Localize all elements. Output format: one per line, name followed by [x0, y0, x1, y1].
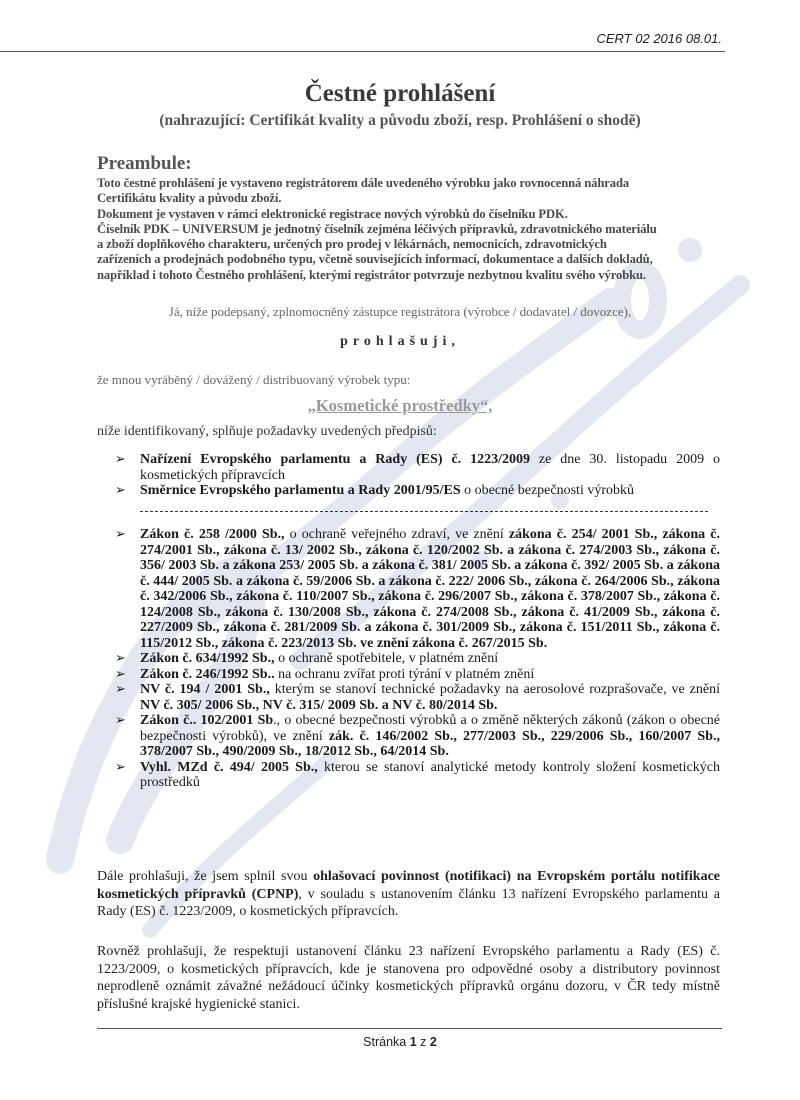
page-number: Stránka 1 z 2 — [0, 1035, 800, 1049]
regulation-title: zákona č. 254/ 2001 Sb., zákona č. 274/2… — [140, 527, 720, 651]
regulation-item: ➢Zákon č. 246/1992 Sb.. na ochranu zvířa… — [115, 667, 720, 683]
preamble-heading: Preambule: — [97, 153, 192, 175]
preamble-line: Toto čestné prohlášení je vystaveno regi… — [97, 176, 717, 191]
page-current: 1 — [410, 1035, 417, 1049]
regulation-item: ➢ Nařízení Evropského parlamentu a Rady … — [115, 452, 720, 483]
regulation-text: na ochranu zvířat proti týrání v platném… — [275, 667, 535, 682]
regulation-title: Zákon č. 634/1992 Sb., — [140, 651, 275, 666]
regulation-item: ➢Vyhl. MZd č. 494/ 2005 Sb., kterou se s… — [115, 760, 720, 791]
preamble-line: Dokument je vystaven v rámci elektronick… — [97, 207, 717, 222]
regulation-title: Zákon č. 258 /2000 Sb., — [140, 527, 285, 542]
regulation-text: o ochraně spotřebitele, v platném znění — [275, 651, 499, 666]
regulation-text: kterým se stanoví technické požadavky na… — [270, 682, 720, 697]
arrow-bullet-icon: ➢ — [115, 651, 126, 667]
header-rule — [0, 51, 725, 52]
regulation-title: Vyhl. MZd č. 494/ 2005 Sb., — [140, 760, 318, 775]
footer-rule — [97, 1028, 722, 1029]
arrow-bullet-icon: ➢ — [115, 667, 126, 683]
document-page: CERT 02 2016 08.01. Čestné prohlášení (n… — [0, 0, 800, 1100]
regulation-text: o ochraně veřejného zdraví, ve znění — [285, 527, 509, 542]
signatory-statement: Já, níže podepsaný, zplnomocněný zástupc… — [0, 304, 800, 320]
product-type-line: že mnou vyráběný / dovážený / distribuov… — [97, 372, 410, 388]
preamble-text: Toto čestné prohlášení je vystaveno regi… — [97, 176, 717, 283]
document-code: CERT 02 2016 08.01. — [596, 31, 722, 46]
regulation-item: ➢Zákon č.. 102/2001 Sb., o obecné bezpeč… — [115, 713, 720, 760]
regulation-title: Nařízení Evropského parlamentu a Rady (E… — [140, 452, 530, 467]
page-title: Čestné prohlášení — [0, 80, 800, 108]
declaration-heading: prohlašuji, — [0, 334, 800, 350]
arrow-bullet-icon: ➢ — [115, 527, 126, 543]
page-total: 2 — [430, 1035, 437, 1049]
regulation-item: ➢ Směrnice Evropského parlamentu a Rady … — [115, 483, 720, 499]
page-subtitle: (nahrazující: Certifikát kvality a původ… — [0, 112, 800, 130]
body-text: Dále prohlašuji, že jsem splnil svou — [97, 869, 313, 884]
regulation-item: ➢Zákon č. 634/1992 Sb., o ochraně spotře… — [115, 651, 720, 667]
preamble-line: Číselník PDK – UNIVERSUM je jednotný čís… — [97, 222, 717, 237]
primary-regulations-list: ➢ Nařízení Evropského parlamentu a Rady … — [115, 452, 720, 499]
regulation-title: Směrnice Evropského parlamentu a Rady 20… — [140, 483, 461, 498]
arrow-bullet-icon: ➢ — [115, 452, 126, 468]
article23-paragraph: Rovněž prohlašuji, že respektuji ustanov… — [97, 943, 720, 1013]
preamble-line: zařízeních a prodejnách podobného typu, … — [97, 252, 717, 267]
dashed-separator — [140, 511, 708, 512]
notification-paragraph: Dále prohlašuji, že jsem splnil svou ohl… — [97, 868, 720, 921]
regulation-title: Zákon č. 246/1992 Sb.. — [140, 667, 275, 682]
regulation-item: ➢NV č. 194 / 2001 Sb., kterým se stanoví… — [115, 682, 720, 713]
regulation-title: NV č. 194 / 2001 Sb., — [140, 682, 270, 697]
identified-line: níže identifikovaný, splňuje požadavky u… — [97, 424, 437, 440]
national-regulations-list: ➢Zákon č. 258 /2000 Sb., o ochraně veřej… — [115, 527, 720, 791]
regulation-item: ➢Zákon č. 258 /2000 Sb., o ochraně veřej… — [115, 527, 720, 651]
regulation-title: NV č. 305/ 2006 Sb., NV č. 315/ 2009 Sb.… — [140, 698, 497, 713]
preamble-line: Certifikátu kvality a původu zboží. — [97, 191, 717, 206]
arrow-bullet-icon: ➢ — [115, 682, 126, 698]
arrow-bullet-icon: ➢ — [115, 760, 126, 776]
arrow-bullet-icon: ➢ — [115, 483, 126, 499]
preamble-line: například i tohoto Čestného prohlášení, … — [97, 268, 717, 283]
page-label: Stránka — [363, 1035, 410, 1049]
page-separator: z — [417, 1035, 430, 1049]
regulation-title: Zákon č.. 102/2001 Sb — [140, 713, 273, 728]
preamble-line: a zboží doplňkového charakteru, určených… — [97, 237, 717, 252]
product-category: „Kosmetické prostředky“, — [0, 396, 800, 416]
arrow-bullet-icon: ➢ — [115, 713, 126, 729]
regulation-text: o obecné bezpečnosti výrobků — [461, 483, 634, 498]
